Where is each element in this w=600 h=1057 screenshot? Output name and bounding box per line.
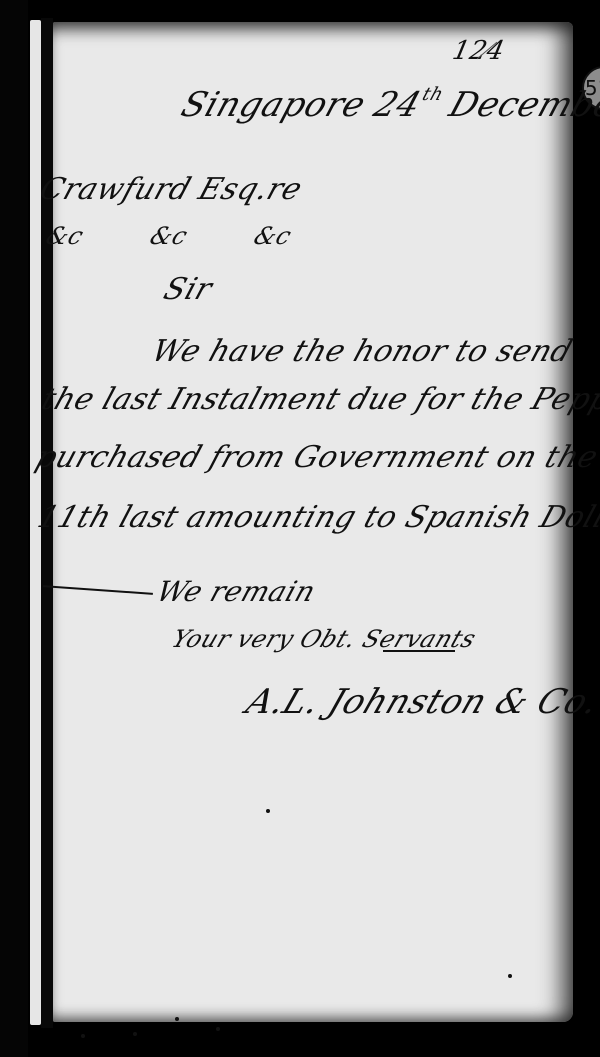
etc-line: &c &c &c (42, 222, 295, 250)
date-month: December (444, 85, 600, 125)
signature: A.L. Johnston & Co. (241, 682, 600, 722)
ink-speck (216, 1027, 220, 1031)
pen-flourish (43, 585, 153, 595)
valediction-rule (383, 650, 455, 652)
ink-speck (81, 1034, 85, 1038)
dateline: Singapore 24th December 1823 (176, 84, 600, 125)
ink-speck (133, 1032, 137, 1036)
ink-speck (266, 809, 270, 813)
letter-page: 124 517 Singapore 24th December 1823 Cra… (53, 22, 573, 1022)
body-line-3: purchased from Government on the (31, 440, 600, 475)
body-line-1: We have the honor to send (147, 334, 577, 369)
valediction: Your very Obt. Servants (168, 625, 480, 653)
date-place: Singapore (176, 85, 370, 125)
salutation: Sir (159, 272, 216, 307)
ink-speck (175, 1017, 179, 1021)
folio-annotation: 124 (450, 36, 508, 66)
addressee: Crawfurd Esq.re (35, 172, 306, 207)
body-line-2: the last Instalment due for the Pepper (37, 382, 600, 417)
body-line-4: 11th last amounting to Spanish Dollars (33, 500, 600, 535)
date-day: 24 (369, 85, 426, 125)
closing: We remain (153, 575, 320, 608)
ink-speck (508, 974, 512, 978)
film-border-left (0, 0, 28, 1057)
